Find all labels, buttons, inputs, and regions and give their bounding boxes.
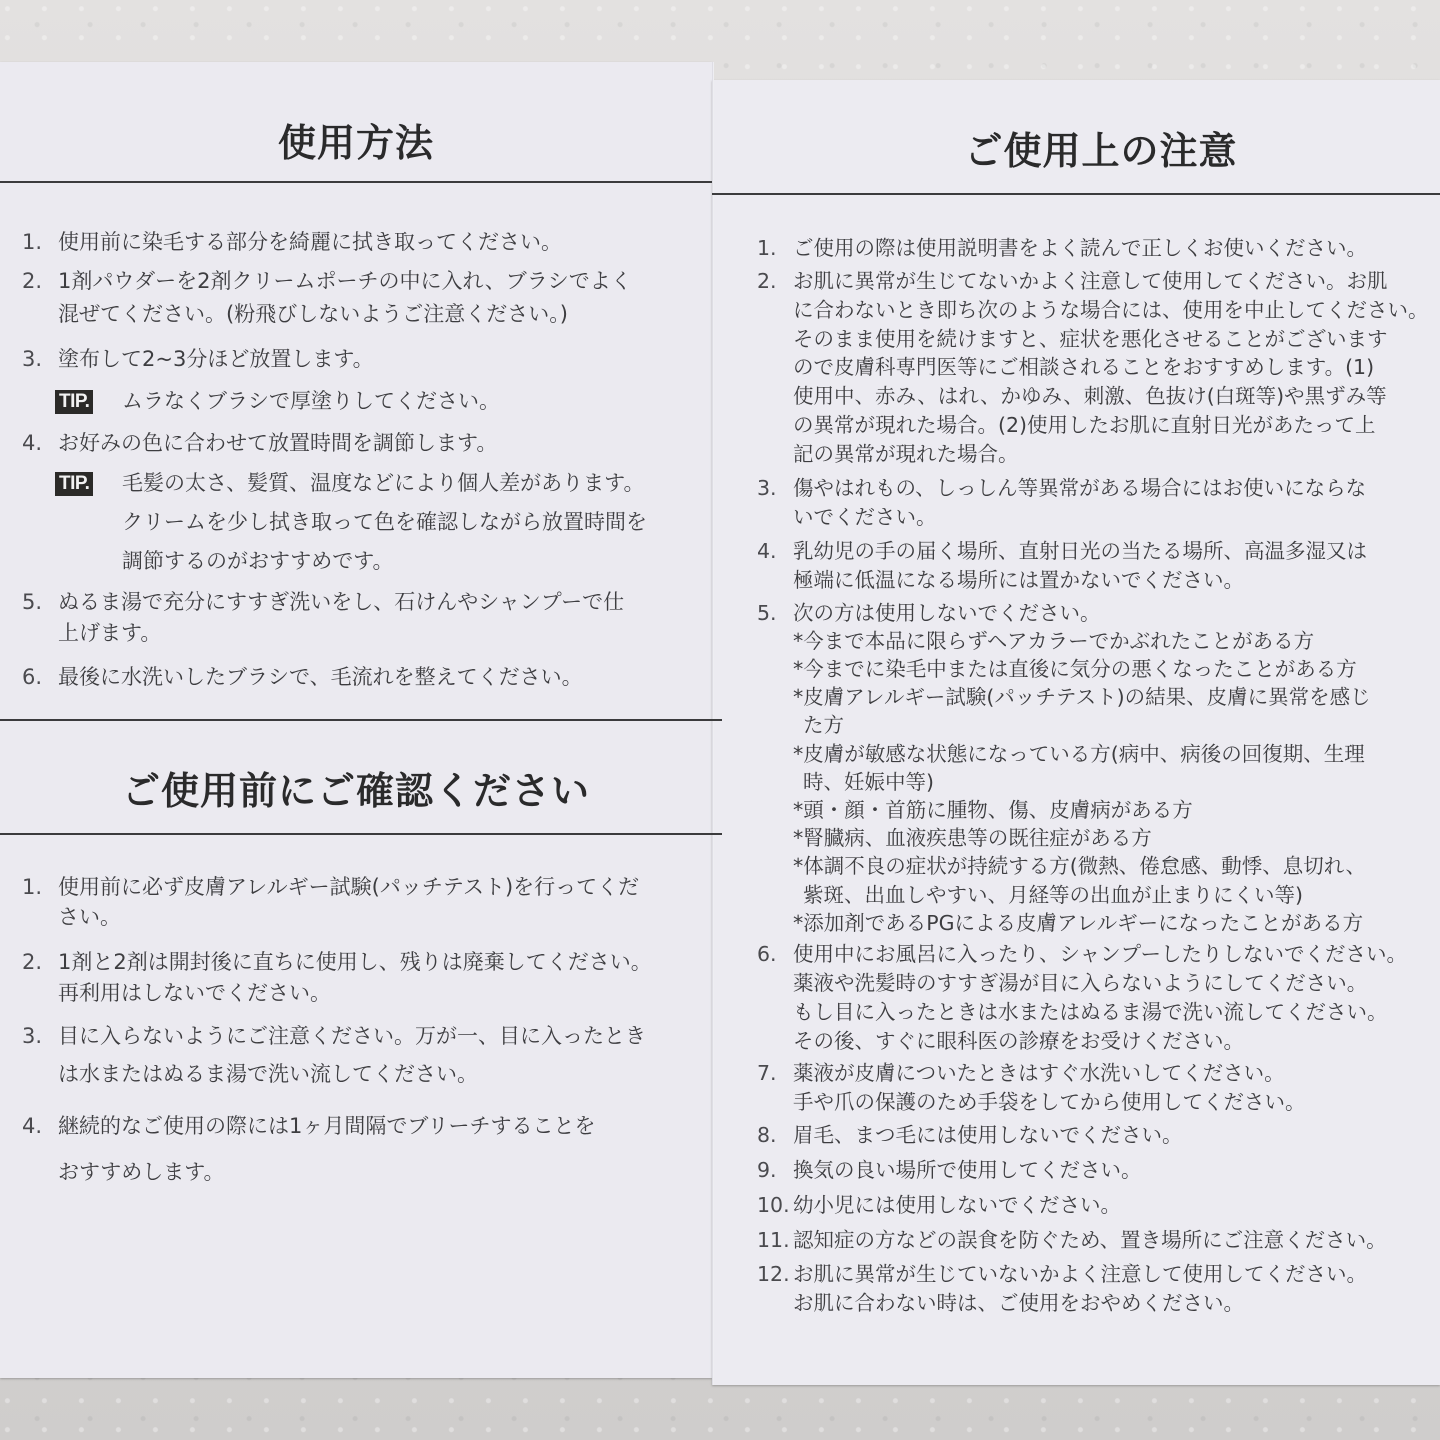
usage-step-4: 4. お好みの色に合わせて放置時間を調節します。 [22, 427, 702, 460]
item-text: 使用中、赤み、はれ、かゆみ、刺激、色抜け(白斑等)や黒ずみ等 [793, 382, 1437, 411]
precaution-item-2: 2. お肌に異常が生じてないかよく注意して使用してください。お肌 に合わないとき… [757, 267, 1437, 469]
item-number: 7. [757, 1059, 777, 1088]
item-text: おすすめします。 [58, 1149, 702, 1195]
item-text: 極端に低温になる場所には置かないでください。 [793, 566, 1437, 595]
step-text: 混ぜてください。(粉飛びしないようご注意ください。) [58, 298, 702, 331]
step-number: 4. [22, 427, 42, 460]
precaution-item-1: 1. ご使用の際は使用説明書をよく読んで正しくお使いください。 [757, 234, 1437, 263]
before-use-bottom-rule [0, 833, 722, 835]
item-number: 4. [22, 1103, 42, 1149]
step-number: 2. [22, 265, 42, 298]
item-number: 3. [757, 474, 777, 503]
item-text: もし目に入ったときは水またはぬるま湯で洗い流してください。 [793, 998, 1437, 1027]
before-use-top-rule [0, 719, 722, 721]
precaution-item-10: 10. 幼小児には使用しないでください。 [757, 1191, 1437, 1220]
precaution-item-8: 8. 眉毛、まつ毛には使用しないでください。 [757, 1121, 1437, 1150]
item-text: 使用前に必ず皮膚アレルギー試験(パッチテスト)を行ってくだ [58, 872, 702, 902]
item-number: 11. [757, 1226, 790, 1255]
usage-step-2: 2. 1剤パウダーを2剤クリームポーチの中に入れ、ブラシでよく 混ぜてください。… [22, 265, 702, 331]
sub-item: *腎臓病、血液疾患等の既往症がある方 [793, 824, 1437, 852]
sub-item: *体調不良の症状が持続する方(微熱、倦怠感、動悸、息切れ、 [793, 852, 1437, 880]
precaution-item-5: 5. 次の方は使用しないでください。 *今まで本品に限らずヘアカラーでかぶれたこ… [757, 599, 1437, 937]
step-number: 5. [22, 587, 42, 618]
item-text: の異常が現れた場合。(2)使用したお肌に直射日光があたって上 [793, 411, 1437, 440]
item-number: 5. [757, 599, 777, 627]
item-text: 乳幼児の手の届く場所、直射日光の当たる場所、高温多湿又は [793, 537, 1437, 566]
item-text: 薬液が皮膚についたときはすぐ水洗いしてください。 [793, 1059, 1437, 1088]
precaution-item-3: 3. 傷やはれもの、しっしん等異常がある場合にはお使いにならな いでください。 [757, 474, 1437, 532]
item-text: 再利用はしないでください。 [58, 978, 702, 1009]
item-text: お肌に異常が生じてないかよく注意して使用してください。お肌 [793, 267, 1437, 296]
precautions-items: 1. ご使用の際は使用説明書をよく読んで正しくお使いください。 2. お肌に異常… [757, 234, 1437, 1318]
sub-item: *皮膚アレルギー試験(パッチテスト)の結果、皮膚に異常を感じ [793, 683, 1437, 711]
item-number: 2. [757, 267, 777, 296]
before-use-item-1: 1. 使用前に必ず皮膚アレルギー試験(パッチテスト)を行ってくだ さい。 [22, 872, 702, 932]
item-number: 8. [757, 1121, 777, 1150]
step-text: ぬるま湯で充分にすすぎ洗いをし、石けんやシャンプーで仕 [58, 587, 702, 618]
step-number: 6. [22, 663, 42, 692]
precaution-item-12: 12. お肌に異常が生じていないかよく注意して使用してください。 お肌に合わない… [757, 1260, 1437, 1318]
tip-badge: TIP. [55, 472, 93, 496]
item-number: 10. [757, 1191, 790, 1220]
tip-badge: TIP. [55, 390, 93, 414]
precaution-item-9: 9. 換気の良い場所で使用してください。 [757, 1156, 1437, 1185]
item-text: いでください。 [793, 503, 1437, 532]
usage-title: 使用方法 [0, 112, 712, 167]
usage-steps: 1. 使用前に染毛する部分を綺麗に拭き取ってください。 2. 1剤パウダーを2剤… [22, 228, 702, 692]
step-text: 塗布して2~3分ほど放置します。 [58, 343, 702, 376]
usage-step-3-tip: TIP. ムラなくブラシで厚塗りしてください。 [22, 382, 702, 421]
page-fold [712, 62, 714, 1385]
usage-step-5: 5. ぬるま湯で充分にすすぎ洗いをし、石けんやシャンプーで仕 上げます。 [22, 587, 702, 649]
sub-item: 紫斑、出血しやすい、月経等の出血が止まりにくい等) [793, 881, 1437, 909]
item-text: 継続的なご使用の際には1ヶ月間隔でブリーチすることを [58, 1103, 702, 1149]
item-text: 1剤と2剤は開封後に直ちに使用し、残りは廃棄してください。 [58, 947, 702, 978]
sub-item: *添加剤であるPGによる皮膚アレルギーになったことがある方 [793, 909, 1437, 937]
before-use-title: ご使用前にご確認ください [0, 760, 712, 815]
item-text: 傷やはれもの、しっしん等異常がある場合にはお使いにならな [793, 474, 1437, 503]
item-text: 眉毛、まつ毛には使用しないでください。 [793, 1121, 1437, 1150]
sub-item: *今まで本品に限らずヘアカラーでかぶれたことがある方 [793, 627, 1437, 655]
usage-title-rule [0, 181, 712, 183]
item-text: 換気の良い場所で使用してください。 [793, 1156, 1437, 1185]
sub-item: た方 [793, 711, 1437, 739]
step-text: 上げます。 [58, 618, 702, 649]
sub-item: *頭・顔・首筋に腫物、傷、皮膚病がある方 [793, 796, 1437, 824]
precaution-item-11: 11. 認知症の方などの誤食を防ぐため、置き場所にご注意ください。 [757, 1226, 1437, 1255]
item-text: そのまま使用を続けますと、症状を悪化させることがございます [793, 325, 1437, 354]
item-number: 6. [757, 940, 777, 969]
usage-step-1: 1. 使用前に染毛する部分を綺麗に拭き取ってください。 [22, 228, 702, 257]
before-use-item-2: 2. 1剤と2剤は開封後に直ちに使用し、残りは廃棄してください。 再利用はしない… [22, 947, 702, 1009]
item-number: 3. [22, 1017, 42, 1055]
step-text: お好みの色に合わせて放置時間を調節します。 [58, 427, 702, 460]
item-number: 2. [22, 947, 42, 978]
step-number: 1. [22, 228, 42, 257]
item-text: その後、すぐに眼科医の診療をお受けください。 [793, 1027, 1437, 1056]
tip-text: クリームを少し拭き取って色を確認しながら放置時間を [122, 503, 702, 542]
item-text: お肌に異常が生じていないかよく注意して使用してください。 [793, 1260, 1437, 1289]
item-text: に合わないとき即ち次のような場合には、使用を中止してください。 [793, 296, 1437, 325]
sub-item: *今までに染毛中または直後に気分の悪くなったことがある方 [793, 655, 1437, 683]
item-text: さい。 [58, 902, 702, 932]
item-text: 次の方は使用しないでください。 [793, 599, 1437, 627]
step-text: 最後に水洗いしたブラシで、毛流れを整えてください。 [58, 663, 702, 692]
item-number: 1. [22, 872, 42, 902]
sub-item: 時、妊娠中等) [793, 768, 1437, 796]
item-text: ので皮膚科専門医等にご相談されることをおすすめします。(1) [793, 353, 1437, 382]
item-number: 1. [757, 234, 777, 263]
usage-step-6: 6. 最後に水洗いしたブラシで、毛流れを整えてください。 [22, 663, 702, 692]
tip-text: ムラなくブラシで厚塗りしてください。 [122, 382, 702, 421]
item-text: 認知症の方などの誤食を防ぐため、置き場所にご注意ください。 [793, 1226, 1437, 1255]
item-text: 記の異常が現れた場合。 [793, 440, 1437, 469]
sub-item: *皮膚が敏感な状態になっている方(病中、病後の回復期、生理 [793, 740, 1437, 768]
item-number: 12. [757, 1260, 790, 1289]
item-text: 使用中にお風呂に入ったり、シャンプーしたりしないでください。 [793, 940, 1437, 969]
item-text: お肌に合わない時は、ご使用をおやめください。 [793, 1289, 1437, 1318]
item-text: 幼小児には使用しないでください。 [793, 1191, 1437, 1220]
tip-text: 毛髪の太さ、髪質、温度などにより個人差があります。 [122, 464, 702, 503]
before-use-item-3: 3. 目に入らないようにご注意ください。万が一、目に入ったとき は水またはぬるま… [22, 1017, 702, 1093]
item-number: 4. [757, 537, 777, 566]
usage-step-3: 3. 塗布して2~3分ほど放置します。 [22, 343, 702, 376]
usage-step-4-tip: TIP. 毛髪の太さ、髪質、温度などにより個人差があります。 クリームを少し拭き… [22, 464, 702, 581]
precaution-item-4: 4. 乳幼児の手の届く場所、直射日光の当たる場所、高温多湿又は 極端に低温になる… [757, 537, 1437, 595]
item-text: 薬液や洗髪時のすすぎ湯が目に入らないようにしてください。 [793, 969, 1437, 998]
item-text: ご使用の際は使用説明書をよく読んで正しくお使いください。 [793, 234, 1437, 263]
precautions-title-rule [712, 193, 1440, 195]
item-text: は水またはぬるま湯で洗い流してください。 [58, 1055, 702, 1093]
step-text: 使用前に染毛する部分を綺麗に拭き取ってください。 [58, 228, 702, 257]
tip-text: 調節するのがおすすめです。 [122, 542, 702, 581]
item-text: 手や爪の保護のため手袋をしてから使用してください。 [793, 1088, 1437, 1117]
precaution-item-6: 6. 使用中にお風呂に入ったり、シャンプーしたりしないでください。 薬液や洗髪時… [757, 940, 1437, 1056]
step-text: 1剤パウダーを2剤クリームポーチの中に入れ、ブラシでよく [58, 265, 702, 298]
precaution-item-7: 7. 薬液が皮膚についたときはすぐ水洗いしてください。 手や爪の保護のため手袋を… [757, 1059, 1437, 1117]
item-text: 目に入らないようにご注意ください。万が一、目に入ったとき [58, 1017, 702, 1055]
item-number: 9. [757, 1156, 777, 1185]
precautions-title: ご使用上の注意 [712, 120, 1440, 175]
before-use-items: 1. 使用前に必ず皮膚アレルギー試験(パッチテスト)を行ってくだ さい。 2. … [22, 872, 702, 1195]
before-use-item-4: 4. 継続的なご使用の際には1ヶ月間隔でブリーチすることを おすすめします。 [22, 1103, 702, 1195]
step-number: 3. [22, 343, 42, 376]
